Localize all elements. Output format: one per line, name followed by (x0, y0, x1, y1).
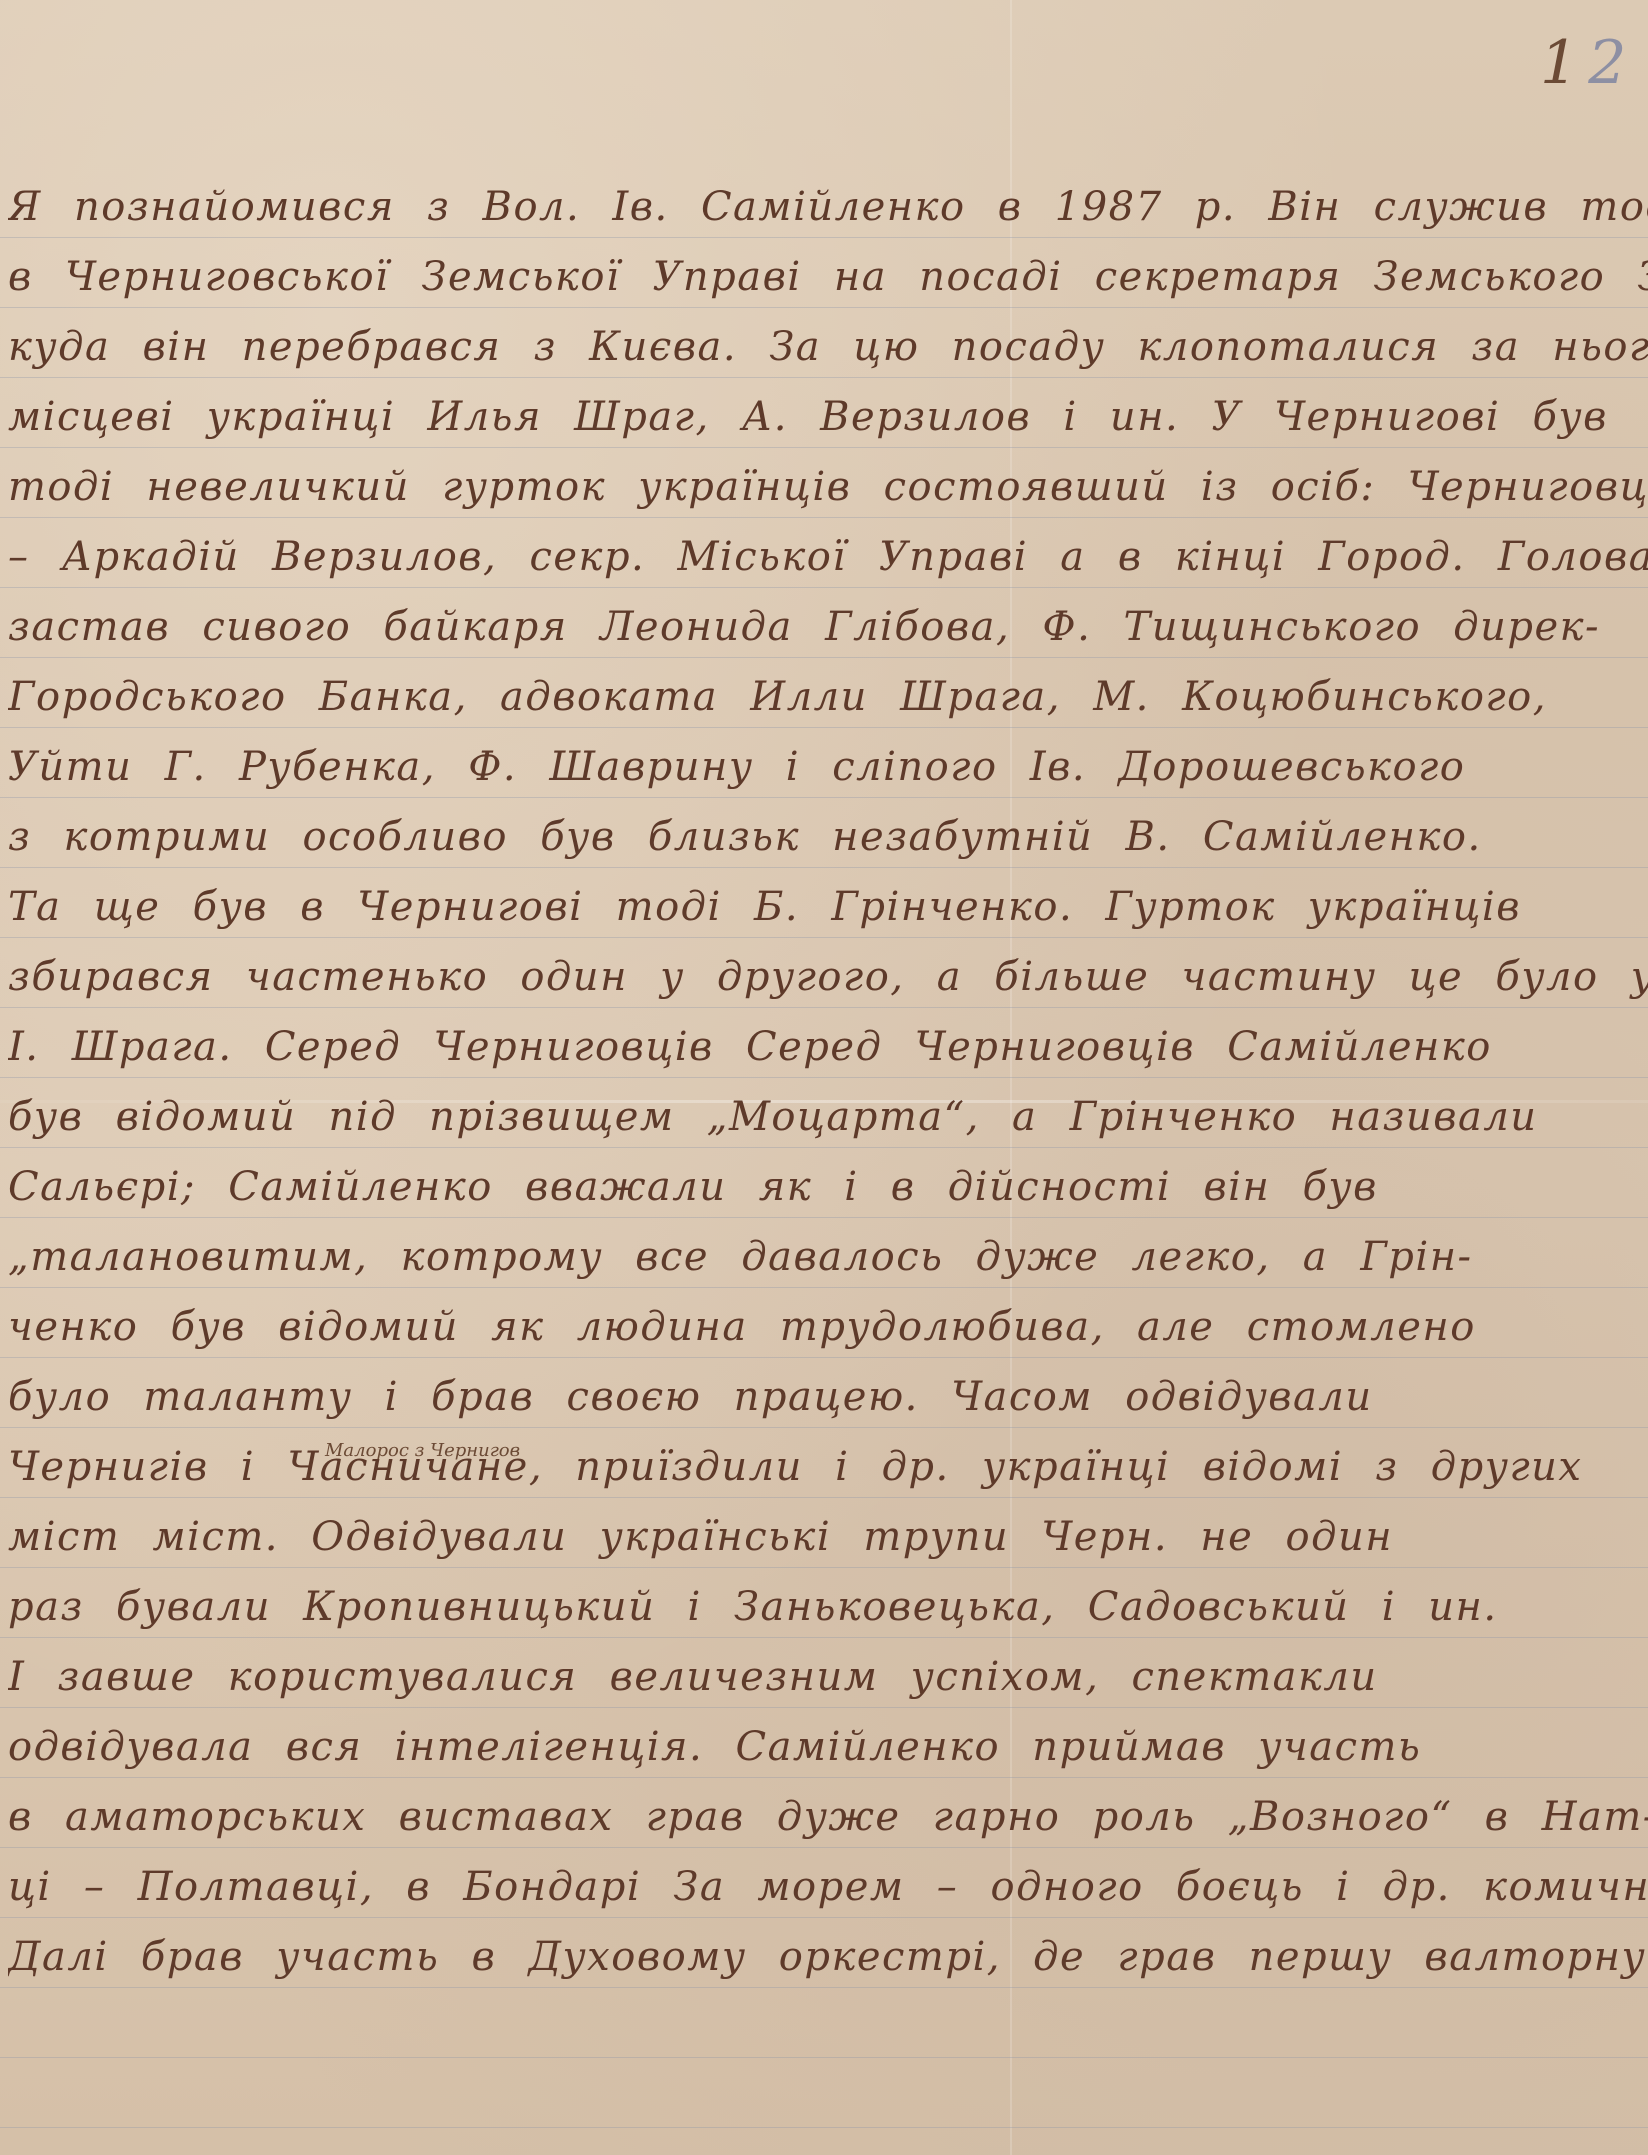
text-line-26: Далі брав участь в Духовому оркестрі, де… (8, 1922, 1648, 1992)
text-line-9: Уйти Г. Рубенка, Ф. Шаврину і сліпого Ів… (8, 732, 1648, 802)
text-line-15: Сальєрі; Самійленко вважали як і в дійсн… (8, 1152, 1648, 1222)
text-line-21: раз бували Кропивницький і Заньковецька,… (8, 1572, 1648, 1642)
text-line-5: тоді невеличкий гурток українців состояв… (8, 452, 1648, 522)
text-line-14: був відомий під прізвищем „Моцарта“, а Г… (8, 1082, 1648, 1152)
text-line-10: з котрими особливо був близьк незабутній… (8, 802, 1648, 872)
text-line-25: ці – Полтавці, в Бондарі За морем – одно… (8, 1852, 1648, 1922)
text-line-19: Чернигів і Часничане, приїздили і др. ук… (8, 1432, 1648, 1502)
page-number: 12 (1540, 28, 1636, 98)
text-line-8: Городського Банка, адвоката Илли Шрага, … (8, 662, 1648, 732)
text-line-22: І завше користувалися величезним успіхом… (8, 1642, 1648, 1712)
text-line-12: збирався частенько один у другого, а біл… (8, 942, 1648, 1012)
text-line-24: в аматорських виставах грав дуже гарно р… (8, 1782, 1648, 1852)
text-line-23: одвідувала вся інтелігенція. Самійленко … (8, 1712, 1648, 1782)
ruled-line (0, 2127, 1648, 2128)
page-number-pencil: 2 (1588, 28, 1636, 98)
text-line-7: застав сивого байкаря Леонида Глібова, Ф… (8, 592, 1648, 662)
ruled-line (0, 2057, 1648, 2058)
text-line-13: І. Шрага. Серед Черниговців Серед Черниг… (8, 1012, 1648, 1082)
text-line-18: було таланту і брав своєю працею. Часом … (8, 1362, 1648, 1432)
handwritten-text-block: Я познайомився з Вол. Ів. Самійленко в 1… (8, 172, 1648, 1992)
text-line-4: місцеві українці Илья Шраг, А. Верзилов … (8, 382, 1648, 452)
text-line-6: – Аркадій Верзилов, секр. Міської Управі… (8, 522, 1648, 592)
manuscript-page: 12 Малорос з Чернигов Я познайомився з В… (0, 0, 1648, 2155)
text-line-16: „талановитим, котрому все давалось дуже … (8, 1222, 1648, 1292)
text-line-11: Та ще був в Чернигові тоді Б. Грінченко.… (8, 872, 1648, 942)
text-line-2: в Черниговської Земської Управі на посад… (8, 242, 1648, 312)
text-line-17: ченко був відомий як людина трудолюбива,… (8, 1292, 1648, 1362)
text-line-3: куда він перебрався з Києва. За цю посад… (8, 312, 1648, 382)
text-line-20: міст міст. Одвідували українські трупи Ч… (8, 1502, 1648, 1572)
page-number-ink: 1 (1540, 28, 1588, 98)
text-line-1: Я познайомився з Вол. Ів. Самійленко в 1… (8, 172, 1648, 242)
